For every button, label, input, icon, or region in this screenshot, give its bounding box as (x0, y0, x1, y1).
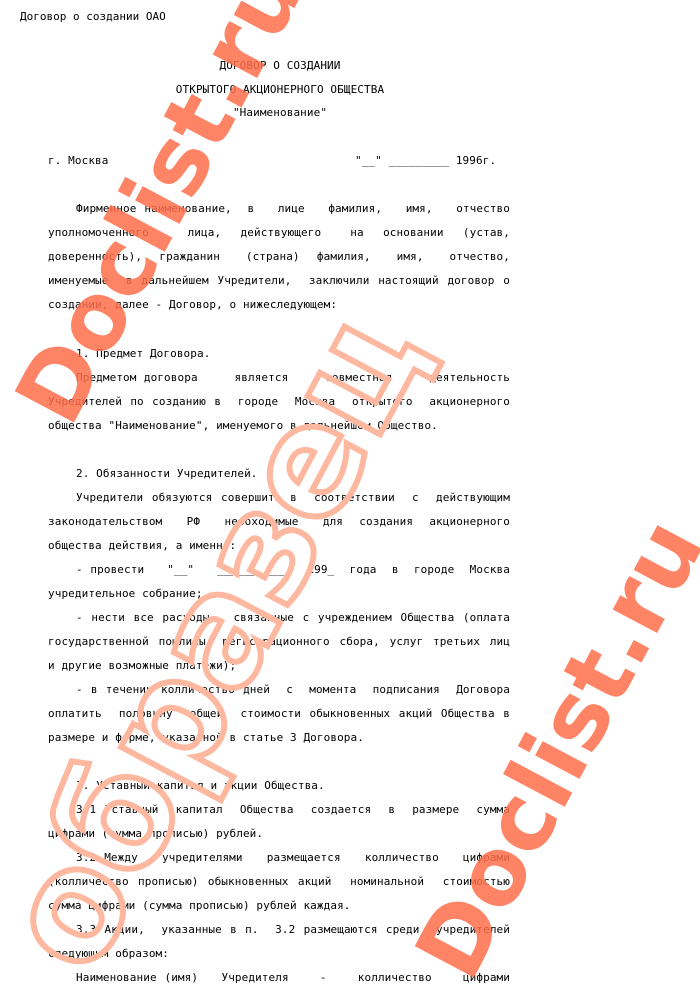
section-2-line: государственной пошлины, регистрационног… (48, 635, 510, 648)
section-1-line: Предметом договора является совместная д… (48, 371, 510, 384)
section-2-line: размере и форме, указанной в статье 3 До… (48, 731, 364, 744)
section-3-line: 3.1 Уставный капитал Общества создается … (48, 803, 510, 816)
section-1-line: Учредителей по созданию в городе Москва … (48, 395, 510, 408)
preamble-line: доверенность), гражданин (страна) фамили… (48, 250, 510, 263)
section-1-title: 1. Предмет Договора. (76, 347, 210, 360)
section-3-line: сумма цифрами (сумма прописью) рублей ка… (48, 899, 351, 912)
section-3-line: 3.3 Акции, указанные в п. 3.2 размещаютс… (48, 923, 510, 936)
section-2-line: Учредители обязуются совершить в соответ… (48, 491, 510, 504)
section-2-line: и другие возможные платежи); (48, 659, 236, 672)
section-3-line: (колличество прописью) обыкновенных акци… (48, 875, 510, 888)
preamble-line: именуемые в дальнейшем Учредители, заклю… (48, 274, 510, 287)
document-label: Договор о создании ОАО (20, 10, 166, 23)
section-2-line: - провести "__" __________ 199_ года в г… (48, 563, 510, 576)
title-line-2: ОТКРЫТОГО АКЦИОНЕРНОГО ОБЩЕСТВА (0, 83, 560, 96)
title-line-1: ДОГОВОР О СОЗДАНИИ (0, 59, 560, 72)
preamble-line: Фирменное наименование, в лице фамилия, … (48, 202, 510, 215)
section-3-line: Наименование (имя) Учредителя - колличес… (48, 971, 510, 984)
section-3-line: следующим образом: (48, 947, 169, 960)
date-field: "__" _________ 1996г. (355, 154, 496, 167)
title-line-3: "Наименование" (0, 106, 560, 119)
preamble-line: уполномоченного лица, действующего на ос… (48, 226, 510, 239)
section-2-line: оплатить половину общей стоимости обыкно… (48, 707, 510, 720)
city: г. Москва (48, 154, 109, 167)
section-2-line: общества действия, а именно: (48, 539, 236, 552)
preamble-line: создании, далее - Договор, о нижеследующ… (48, 298, 337, 311)
section-2-line: законодательством РФ необходимые для соз… (48, 515, 510, 528)
section-2-title: 2. Обязанности Учредителей. (76, 467, 258, 480)
section-2-line: учредительное собрание; (48, 587, 203, 600)
section-2-line: - нести все расходы, связанные с учрежде… (48, 611, 510, 624)
document-page: Договор о создании ОАО ДОГОВОР О СОЗДАНИ… (0, 0, 700, 1000)
section-3-line: 3.2 Между учредителями размещается колли… (48, 851, 510, 864)
section-3-title: 3. Уставный капитал и акции Общества. (76, 779, 325, 792)
section-1-line: общества "Наименование", именуемого в да… (48, 419, 438, 432)
section-2-line: - в течении колличество дней с момента п… (48, 683, 510, 696)
watermark-text-bottom: Doclist.ru (395, 502, 700, 995)
section-3-line: цифрами (сумма прописью) рублей. (48, 827, 263, 840)
